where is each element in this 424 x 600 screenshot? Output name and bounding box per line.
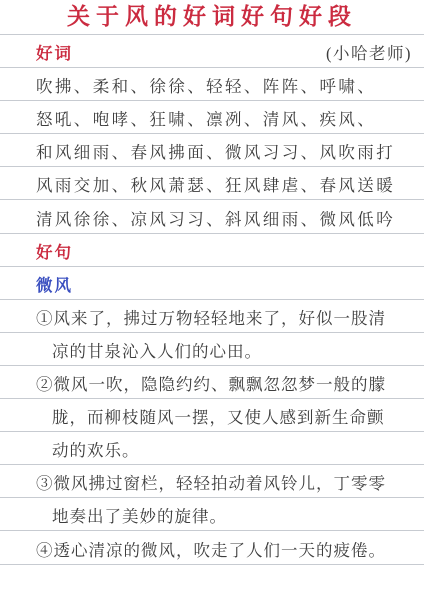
sentence-line: 凉的甘泉沁入人们的心田。 [0,333,424,366]
sentence-line-text: 地奏出了美妙的旋律。 [52,503,227,527]
word-line-text: 吹拂、柔和、徐徐、轻轻、阵阵、呼啸、 [36,73,376,97]
title-row: 关于风的好词好句好段 [0,0,424,35]
sentence-line: ③微风拂过窗栏，轻轻拍动着风铃儿，丁零零 [0,465,424,498]
word-line-text: 清风徐徐、凉风习习、斜风细雨、微风低吟 [36,206,395,230]
good-words-label: 好词 [36,40,73,64]
sentence-line-text: 动的欢乐。 [52,437,140,461]
sentence-line-text: ①风来了，拂过万物轻轻地来了，好似一股清 [36,305,386,329]
sentence-line-text: ④透心清凉的微风，吹走了人们一天的疲倦。 [36,537,386,561]
breeze-subheading-row: 微风 [0,267,424,300]
word-line-text: 和风细雨、春风拂面、微风习习、风吹雨打 [36,139,395,163]
word-line: 清风徐徐、凉风习习、斜风细雨、微风低吟 [0,200,424,233]
page-title: 关于风的好词好句好段 [67,0,357,31]
worksheet-page: 关于风的好词好句好段 好词 (小哈老师) 吹拂、柔和、徐徐、轻轻、阵阵、呼啸、 … [0,0,424,600]
good-sentences-header-row: 好句 [0,234,424,267]
bottom-margin [0,565,424,599]
sentence-line: 动的欢乐。 [0,432,424,465]
word-line: 怒吼、咆哮、狂啸、凛冽、清风、疾风、 [0,101,424,134]
word-line: 吹拂、柔和、徐徐、轻轻、阵阵、呼啸、 [0,68,424,101]
good-words-header-row: 好词 (小哈老师) [0,35,424,68]
sentence-line: 胧，而柳枝随风一摆，又使人感到新生命颤 [0,399,424,432]
byline: (小哈老师) [326,40,412,64]
sentence-line-text: ②微风一吹，隐隐约约、飘飘忽忽梦一般的朦 [36,371,386,395]
word-line: 风雨交加、秋风萧瑟、狂风肆虐、春风送暖 [0,167,424,200]
sentence-line: ②微风一吹，隐隐约约、飘飘忽忽梦一般的朦 [0,366,424,399]
word-line: 和风细雨、春风拂面、微风习习、风吹雨打 [0,134,424,167]
sentence-line-text: 凉的甘泉沁入人们的心田。 [52,338,262,362]
breeze-subheading: 微风 [36,272,73,296]
word-line-text: 风雨交加、秋风萧瑟、狂风肆虐、春风送暖 [36,172,395,196]
sentence-line: 地奏出了美妙的旋律。 [0,498,424,531]
sentence-line-text: ③微风拂过窗栏，轻轻拍动着风铃儿，丁零零 [36,470,386,494]
sentence-line: ①风来了，拂过万物轻轻地来了，好似一股清 [0,300,424,333]
word-line-text: 怒吼、咆哮、狂啸、凛冽、清风、疾风、 [36,106,376,130]
sentence-line: ④透心清凉的微风，吹走了人们一天的疲倦。 [0,531,424,564]
good-sentences-label: 好句 [36,239,73,263]
sentence-line-text: 胧，而柳枝随风一摆，又使人感到新生命颤 [52,404,385,428]
